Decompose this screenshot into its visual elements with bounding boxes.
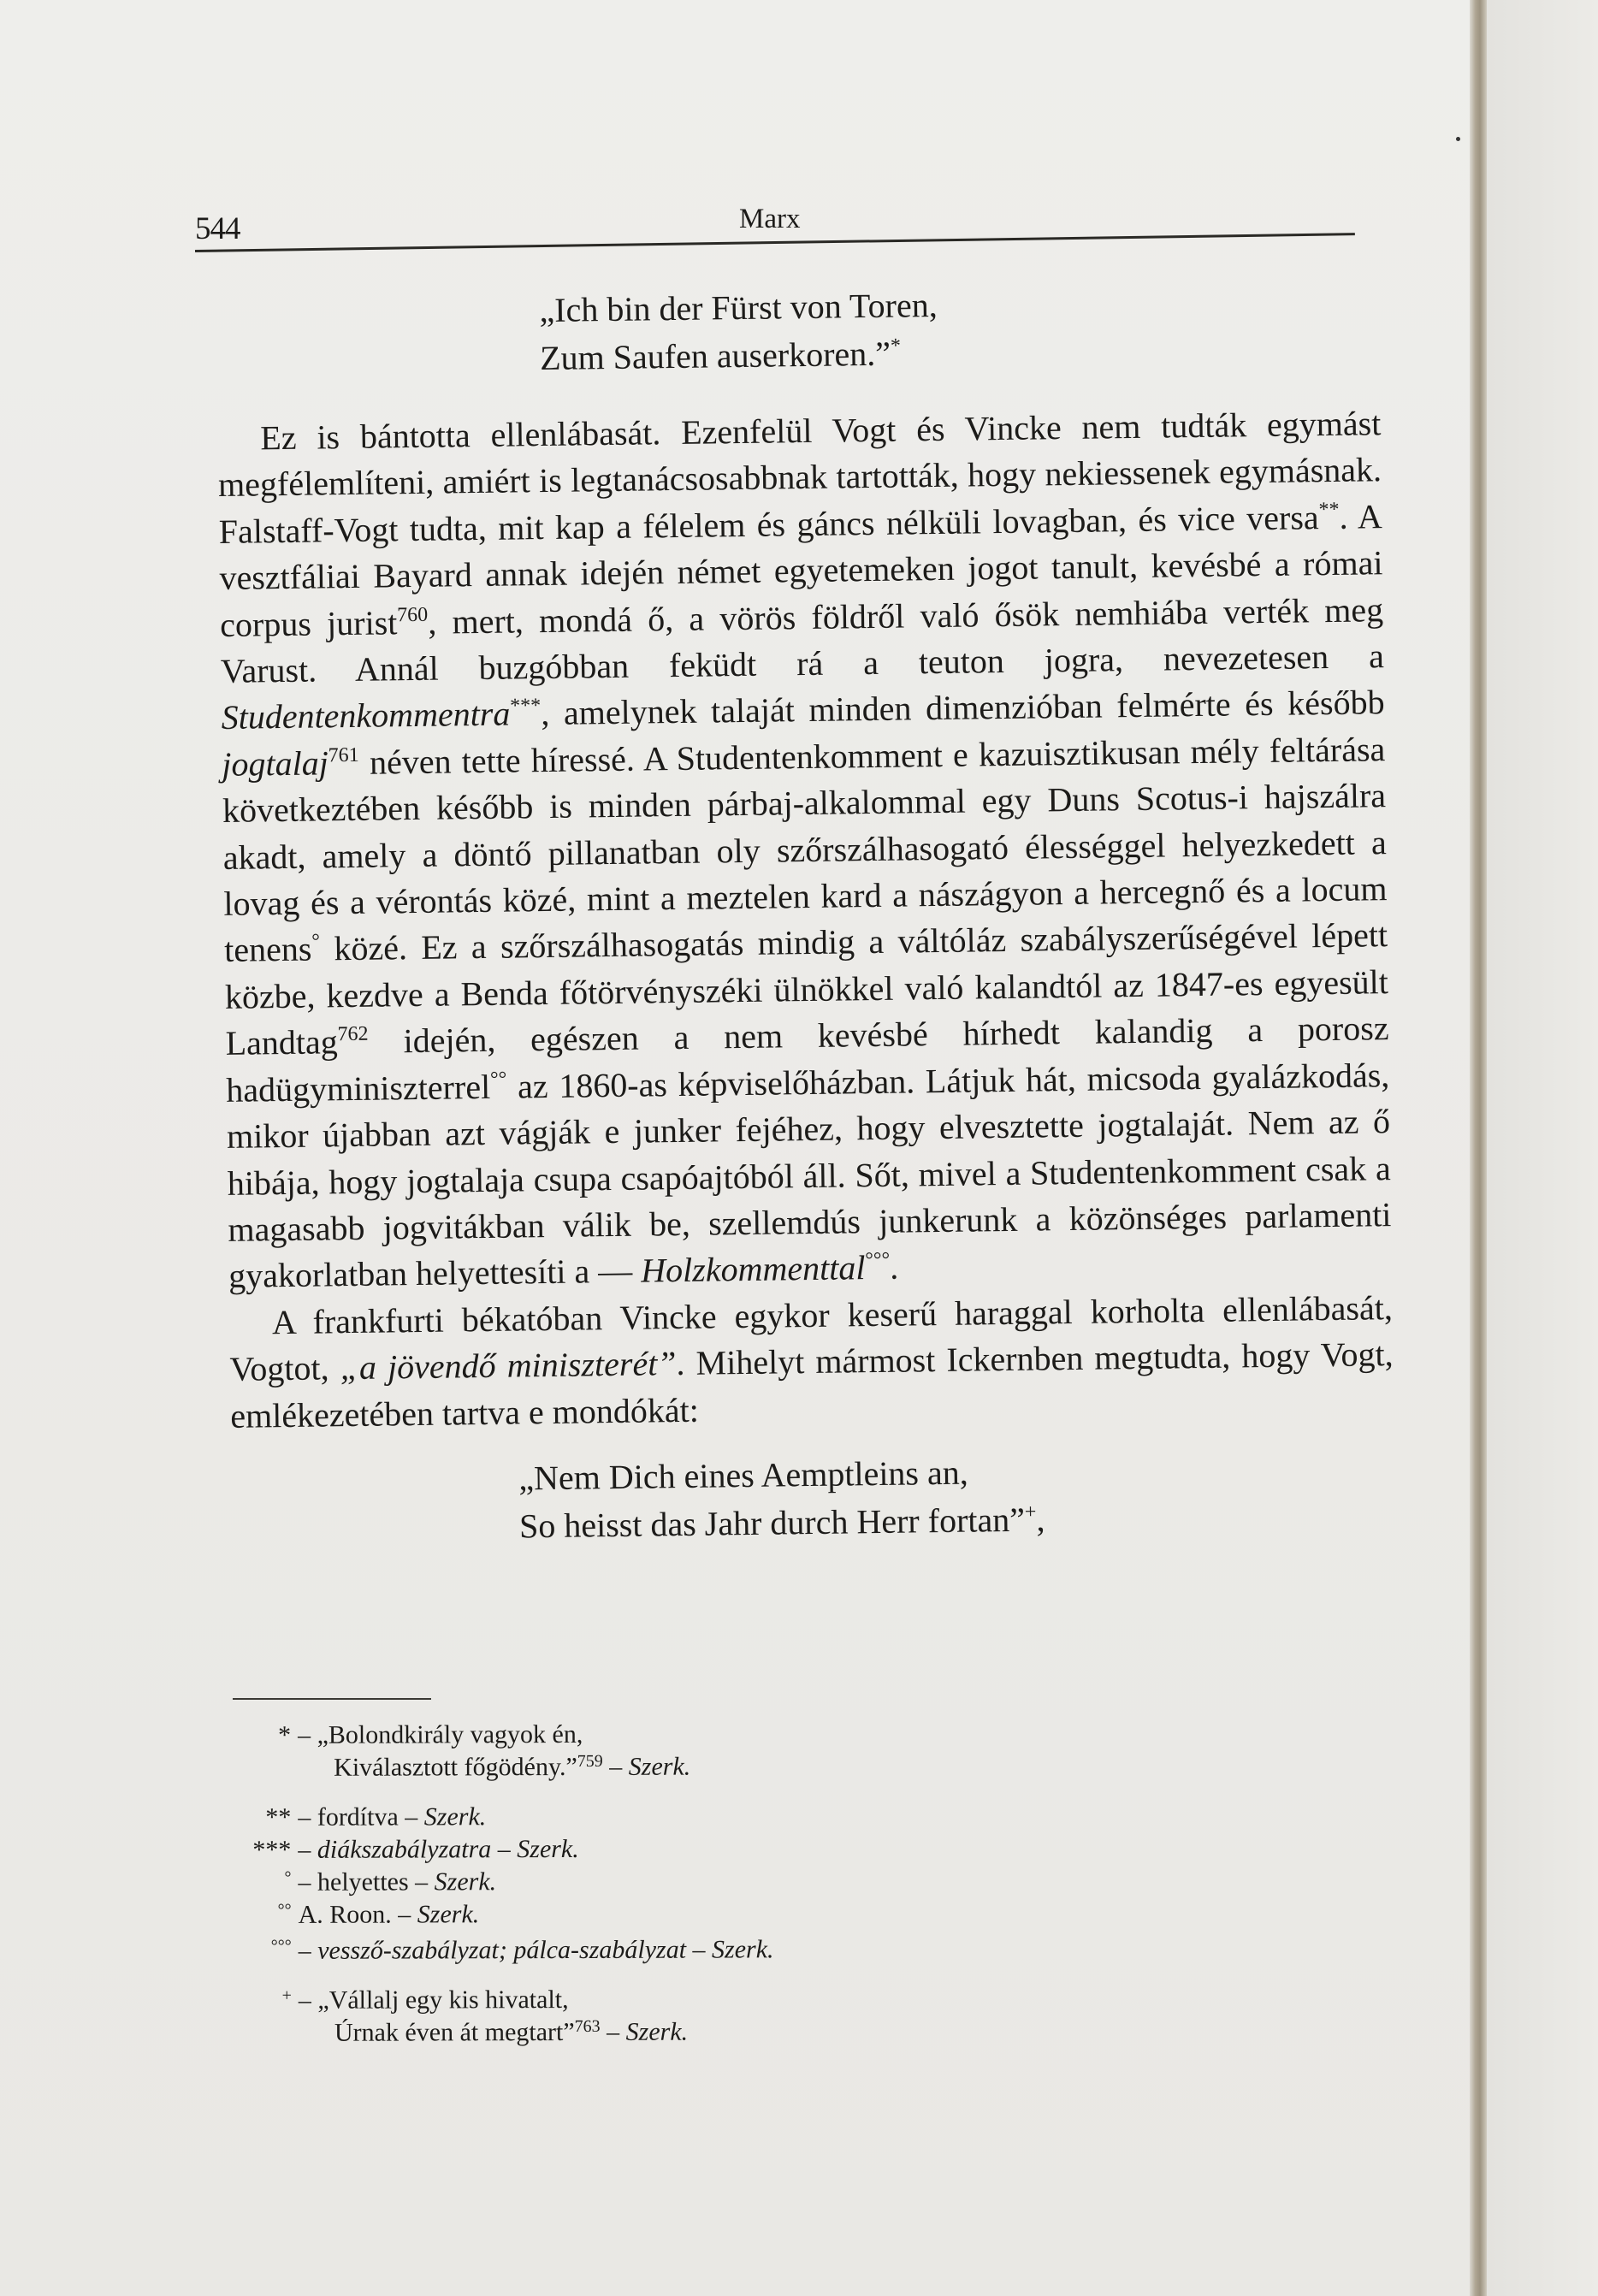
footnote-mark: * <box>243 1719 291 1752</box>
endnote-ref: 762 <box>337 1023 368 1045</box>
paragraph: Ez is bántotta ellenlábasát. Ezenfelül V… <box>217 400 1392 1299</box>
footnote-item: °°° – vessző-szabályzat; pálca-szabályza… <box>244 1933 1014 1968</box>
torn-page-edge <box>1470 0 1489 2296</box>
footnote-rule <box>233 1698 431 1700</box>
footnote-marker: ° <box>311 931 320 953</box>
footnote-mark: °° <box>244 1894 292 1926</box>
footnote-item: ** – fordítva – Szerk. <box>243 1800 1013 1834</box>
verse-quote-bottom: „Nem Dich eines Aemptleins an, So heisst… <box>518 1443 1395 1550</box>
verse-quote-top: „Ich bin der Fürst von Toren, Zum Saufen… <box>539 275 1380 382</box>
italic-term: Studentenkommentra <box>221 695 510 737</box>
footnote-item: ° – helyettes – Szerk. <box>243 1865 1013 1899</box>
footnote-item: *** – diákszabályzatra – Szerk. <box>243 1832 1013 1867</box>
italic-term: Holzkommenttal <box>641 1248 866 1289</box>
footnote-mark: ° <box>243 1861 291 1894</box>
paragraph: A frankfurti békatóban Vincke egykor kes… <box>229 1285 1394 1440</box>
footnote-marker: * <box>891 335 901 358</box>
footnote-marker: + <box>1025 1501 1037 1524</box>
italic-quote: „a jövendő miniszterét” <box>340 1344 676 1387</box>
endnote-ref: 759 <box>577 1752 603 1771</box>
footnote-marker: °°° <box>865 1249 890 1271</box>
footnote-mark: °°° <box>244 1930 292 1962</box>
page-number: 544 <box>195 210 240 247</box>
adjacent-page <box>1487 0 1598 2296</box>
endnote-ref: 760 <box>397 603 428 625</box>
paper-speck <box>1456 137 1460 141</box>
footnote-item: * – „Bolondkirály vagyok én, Kiválasztot… <box>243 1718 1013 1784</box>
footnotes: * – „Bolondkirály vagyok én, Kiválasztot… <box>243 1718 1014 2050</box>
italic-term: jogtalaj <box>222 743 328 784</box>
footnote-mark: ** <box>243 1802 291 1834</box>
endnote-ref: 763 <box>575 2017 601 2036</box>
running-head: Marx <box>739 204 800 235</box>
footnote-item: + – „Vállalj egy kis hivatalt, Úrnak éve… <box>244 1983 1014 2050</box>
footnote-mark: + <box>244 1979 292 2012</box>
footnote-marker: °° <box>490 1068 507 1090</box>
page-header: 544 Marx <box>195 204 1354 263</box>
footnote-marker: *** <box>510 695 541 718</box>
endnote-ref: 761 <box>328 744 359 766</box>
footnote-marker: ** <box>1318 499 1339 521</box>
verse-line: Zum Saufen auserkoren.”* <box>540 323 1381 382</box>
footnote-item: °° A. Roon. – Szerk. <box>244 1897 1014 1932</box>
main-text: „Ich bin der Fürst von Toren, Zum Saufen… <box>216 267 1395 1554</box>
